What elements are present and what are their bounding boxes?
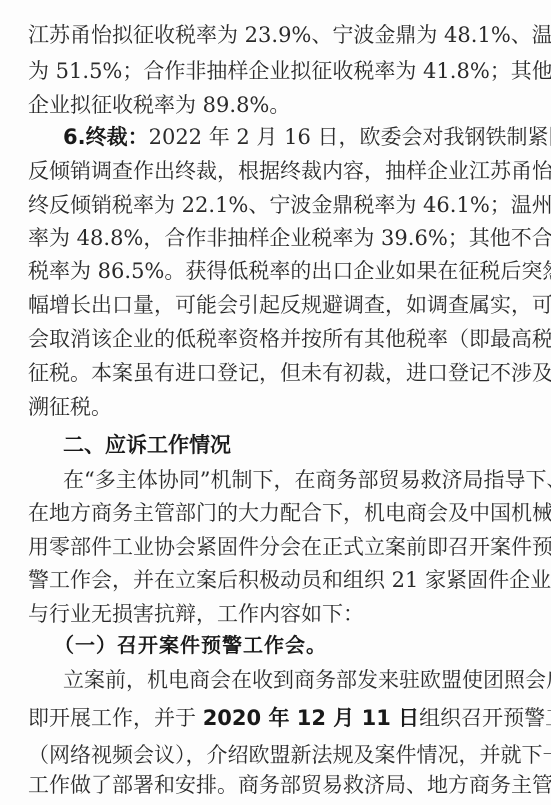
paragraph-line: 立案前，机电商会在收到商务部发来驻欧盟使团照会后 <box>63 665 499 695</box>
paragraph-line: 会取消该企业的低税率资格并按所有其他税率（即最高税率） <box>28 324 499 354</box>
paragraph-line: 为 51.5%；合作非抽样企业拟征收税率为 41.8%；其他不合作 <box>28 56 499 86</box>
paragraph-line: 工作做了部署和安排。商务部贸易救济局、地方商务主管部 <box>28 770 499 800</box>
paragraph-line: 终反倾销税率为 22.1%、宁波金鼎税率为 46.1%；温州君浩税 <box>28 190 499 220</box>
paragraph-line: （网络视频会议），介绍欧盟新法规及案件情况，并就下一步 <box>28 740 499 770</box>
paragraph-line: 税率为 86.5%。获得低税率的出口企业如果在征税后突然大 <box>28 256 499 286</box>
paragraph-line: 幅增长出口量，可能会引起反规避调查，如调查属实，可能 <box>28 290 499 320</box>
text-after-date: 组织召开预警工作会 <box>419 706 551 730</box>
text-before-date: 即开展工作，并于 <box>28 706 203 730</box>
warning-meeting-date-line: 即开展工作，并于 2020 年 12 月 11 日组织召开预警工作会 <box>28 703 499 733</box>
paragraph-line: 征税。本案虽有进口登记，但未有初裁，进口登记不涉及追 <box>28 358 499 388</box>
paragraph-line: 溯征税。 <box>28 392 499 422</box>
meeting-date: 2020 年 12 月 11 日 <box>203 706 419 730</box>
final-ruling-first-line: 6.终裁：2022 年 2 月 16 日，欧委会对我钢铁制紧固件 <box>63 122 499 152</box>
paragraph-line: 率为 48.8%，合作非抽样企业税率为 39.6%；其他不合作企业 <box>28 223 499 253</box>
paragraph-line: 用零部件工业协会紧固件分会在正式立案前即召开案件预 <box>28 532 499 562</box>
section-heading: 二、应诉工作情况 <box>63 430 499 460</box>
final-ruling-label: 6.终裁： <box>63 125 149 149</box>
final-ruling-text: 2022 年 2 月 16 日，欧委会对我钢铁制紧固件 <box>149 125 551 149</box>
paragraph-line: 与行业无损害抗辩，工作内容如下： <box>28 599 499 629</box>
paragraph-line: 在“多主体协同”机制下，在商务部贸易救济局指导下、 <box>63 465 499 495</box>
subsection-heading: （一）召开案件预警工作会。 <box>54 630 499 660</box>
paragraph-line: 反倾销调查作出终裁，根据终裁内容，抽样企业江苏甬怡最 <box>28 156 499 186</box>
paragraph-line: 在地方商务主管部门的大力配合下，机电商会及中国机械通 <box>28 498 499 528</box>
paragraph-line: 警工作会，并在立案后积极动员和组织 21 家紧固件企业参 <box>28 565 499 595</box>
document-page: 江苏甬怡拟征收税率为 23.9%、宁波金鼎为 48.1%、温州君浩 为 51.5… <box>0 0 551 805</box>
paragraph-line: 企业拟征收税率为 89.8%。 <box>28 90 499 120</box>
paragraph-line: 江苏甬怡拟征收税率为 23.9%、宁波金鼎为 48.1%、温州君浩 <box>28 20 499 50</box>
